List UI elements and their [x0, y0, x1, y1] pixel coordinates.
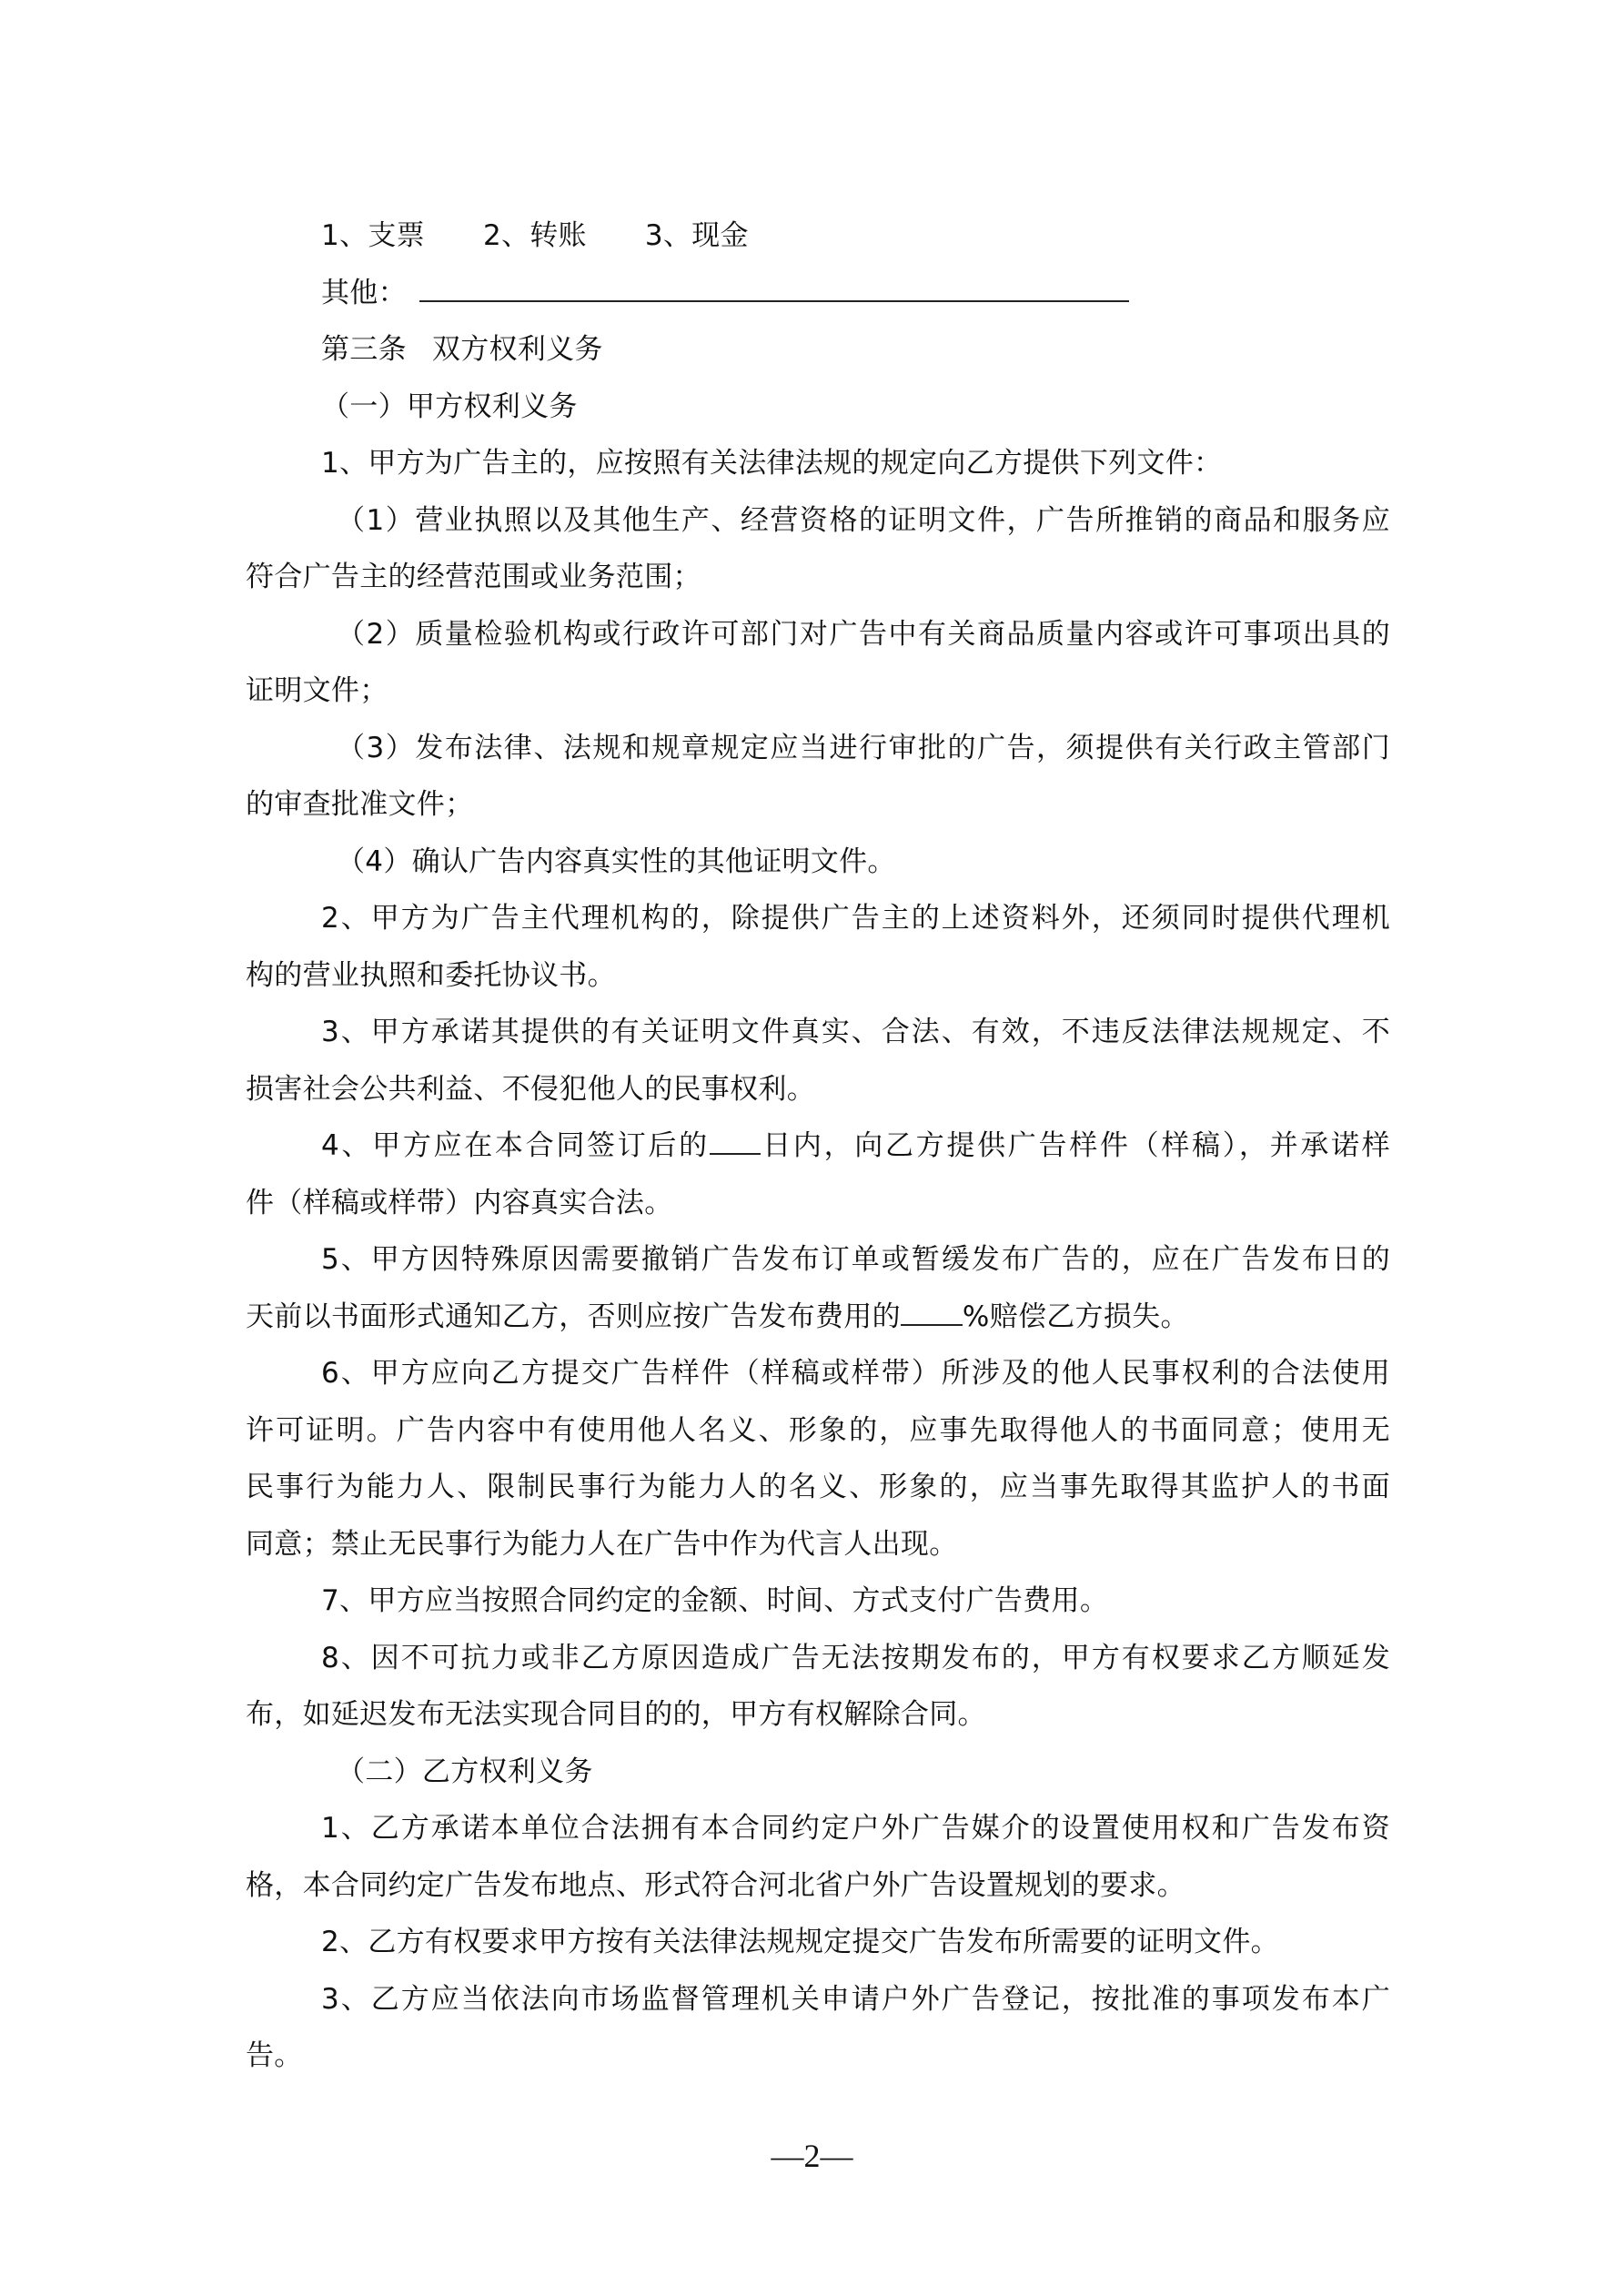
party-b-heading: （二）乙方权利义务 — [246, 1744, 1390, 1801]
party-a-item2-line2: 构的营业执照和委托协议书。 — [246, 947, 1390, 1005]
party-a-item5-line2: 天前以书面形式通知乙方，否则应按广告发布费用的%赔偿乙方损失。 — [246, 1289, 1390, 1346]
party-a-item8-line1: 8、因不可抗力或非乙方原因造成广告无法按期发布的，甲方有权要求乙方顺延发 — [246, 1630, 1390, 1687]
party-a-item3-line1: 3、甲方承诺其提供的有关证明文件真实、合法、有效，不违反法律法规规定、不 — [246, 1004, 1390, 1061]
party-a-item5-line1: 5、甲方因特殊原因需要撤销广告发布订单或暂缓发布广告的，应在广告发布日的 — [246, 1231, 1390, 1289]
party-a-item6-line2: 许可证明。广告内容中有使用他人名义、形象的，应事先取得他人的书面同意；使用无 — [246, 1402, 1390, 1460]
party-a-item8-line2: 布，如延迟发布无法实现合同目的的，甲方有权解除合同。 — [246, 1686, 1390, 1744]
party-a-item4-text-a: 4、甲方应在本合同签订后的 — [321, 1129, 710, 1162]
article3-title: 第三条双方权利义务 — [246, 321, 1390, 379]
party-a-item7: 7、甲方应当按照合同约定的金额、时间、方式支付广告费用。 — [246, 1573, 1390, 1630]
party-a-sub1-line2: 符合广告主的经营范围或业务范围； — [246, 549, 1390, 606]
party-b-item3-line1: 3、乙方应当依法向市场监督管理机关申请户外广告登记，按批准的事项发布本广 — [246, 1971, 1390, 2028]
payment-option-cheque: 1、支票 — [321, 219, 425, 252]
page-number: —2— — [0, 2137, 1624, 2175]
party-a-item2-line1: 2、甲方为广告主代理机构的，除提供广告主的上述资料外，还须同时提供代理机 — [246, 890, 1390, 947]
payment-other-blank — [419, 273, 1129, 302]
party-a-item3-line2: 损害社会公共利益、不侵犯他人的民事权利。 — [246, 1061, 1390, 1118]
party-a-sub3-line2: 的审查批准文件； — [246, 776, 1390, 834]
party-a-heading: （一）甲方权利义务 — [246, 379, 1390, 436]
party-b-item2: 2、乙方有权要求甲方按有关法律法规规定提交广告发布所需要的证明文件。 — [246, 1914, 1390, 1971]
party-a-item6-line1: 6、甲方应向乙方提交广告样件（样稿或样带）所涉及的他人民事权利的合法使用 — [246, 1345, 1390, 1402]
party-a-sub3-line1: （3）发布法律、法规和规章规定应当进行审批的广告，须提供有关行政主管部门 — [246, 720, 1390, 777]
party-a-item6-line3: 民事行为能力人、限制民事行为能力人的名义、形象的，应当事先取得其监护人的书面 — [246, 1459, 1390, 1516]
party-b-item3-line2: 告。 — [246, 2028, 1390, 2085]
party-a-item6-line4: 同意；禁止无民事行为能力人在广告中作为代言人出现。 — [246, 1516, 1390, 1573]
party-a-sub4: （4）确认广告内容真实性的其他证明文件。 — [246, 834, 1390, 891]
payment-other-label: 其他： — [321, 277, 407, 309]
party-a-item1: 1、甲方为广告主的，应按照有关法律法规的规定向乙方提供下列文件： — [246, 435, 1390, 492]
document-body: 1、支票2、转账3、现金 其他： 第三条双方权利义务 （一）甲方权利义务 1、甲… — [246, 207, 1390, 2085]
article3-heading: 双方权利义务 — [432, 333, 603, 366]
party-a-item4-line2: 件（样稿或样带）内容真实合法。 — [246, 1175, 1390, 1232]
party-b-item1-line1: 1、乙方承诺本单位合法拥有本合同约定户外广告媒介的设置使用权和广告发布资 — [246, 1800, 1390, 1857]
party-a-item4-line1: 4、甲方应在本合同签订后的日内，向乙方提供广告样件（样稿），并承诺样 — [246, 1118, 1390, 1175]
payment-option-transfer: 2、转账 — [483, 219, 587, 252]
party-a-sub2-line1: （2）质量检验机构或行政许可部门对广告中有关商品质量内容或许可事项出具的 — [246, 606, 1390, 663]
article3-number: 第三条 — [321, 333, 407, 366]
party-a-item5-text-a: 天前以书面形式通知乙方，否则应按广告发布费用的 — [246, 1300, 901, 1333]
document-page: 1、支票2、转账3、现金 其他： 第三条双方权利义务 （一）甲方权利义务 1、甲… — [0, 0, 1624, 2296]
percent-blank — [901, 1297, 963, 1326]
party-a-item5-text-b: %赔偿乙方损失。 — [963, 1300, 1189, 1333]
payment-methods-line: 1、支票2、转账3、现金 — [246, 207, 1390, 265]
party-a-sub1-line1: （1）营业执照以及其他生产、经营资格的证明文件，广告所推销的商品和服务应 — [246, 492, 1390, 550]
party-a-sub2-line2: 证明文件； — [246, 663, 1390, 720]
days-blank — [710, 1126, 761, 1155]
payment-other-line: 其他： — [246, 265, 1390, 322]
party-b-item1-line2: 格，本合同约定广告发布地点、形式符合河北省户外广告设置规划的要求。 — [246, 1857, 1390, 1915]
payment-option-cash: 3、现金 — [645, 219, 749, 252]
party-a-item4-text-b: 日内，向乙方提供广告样件（样稿），并承诺样 — [761, 1129, 1390, 1162]
